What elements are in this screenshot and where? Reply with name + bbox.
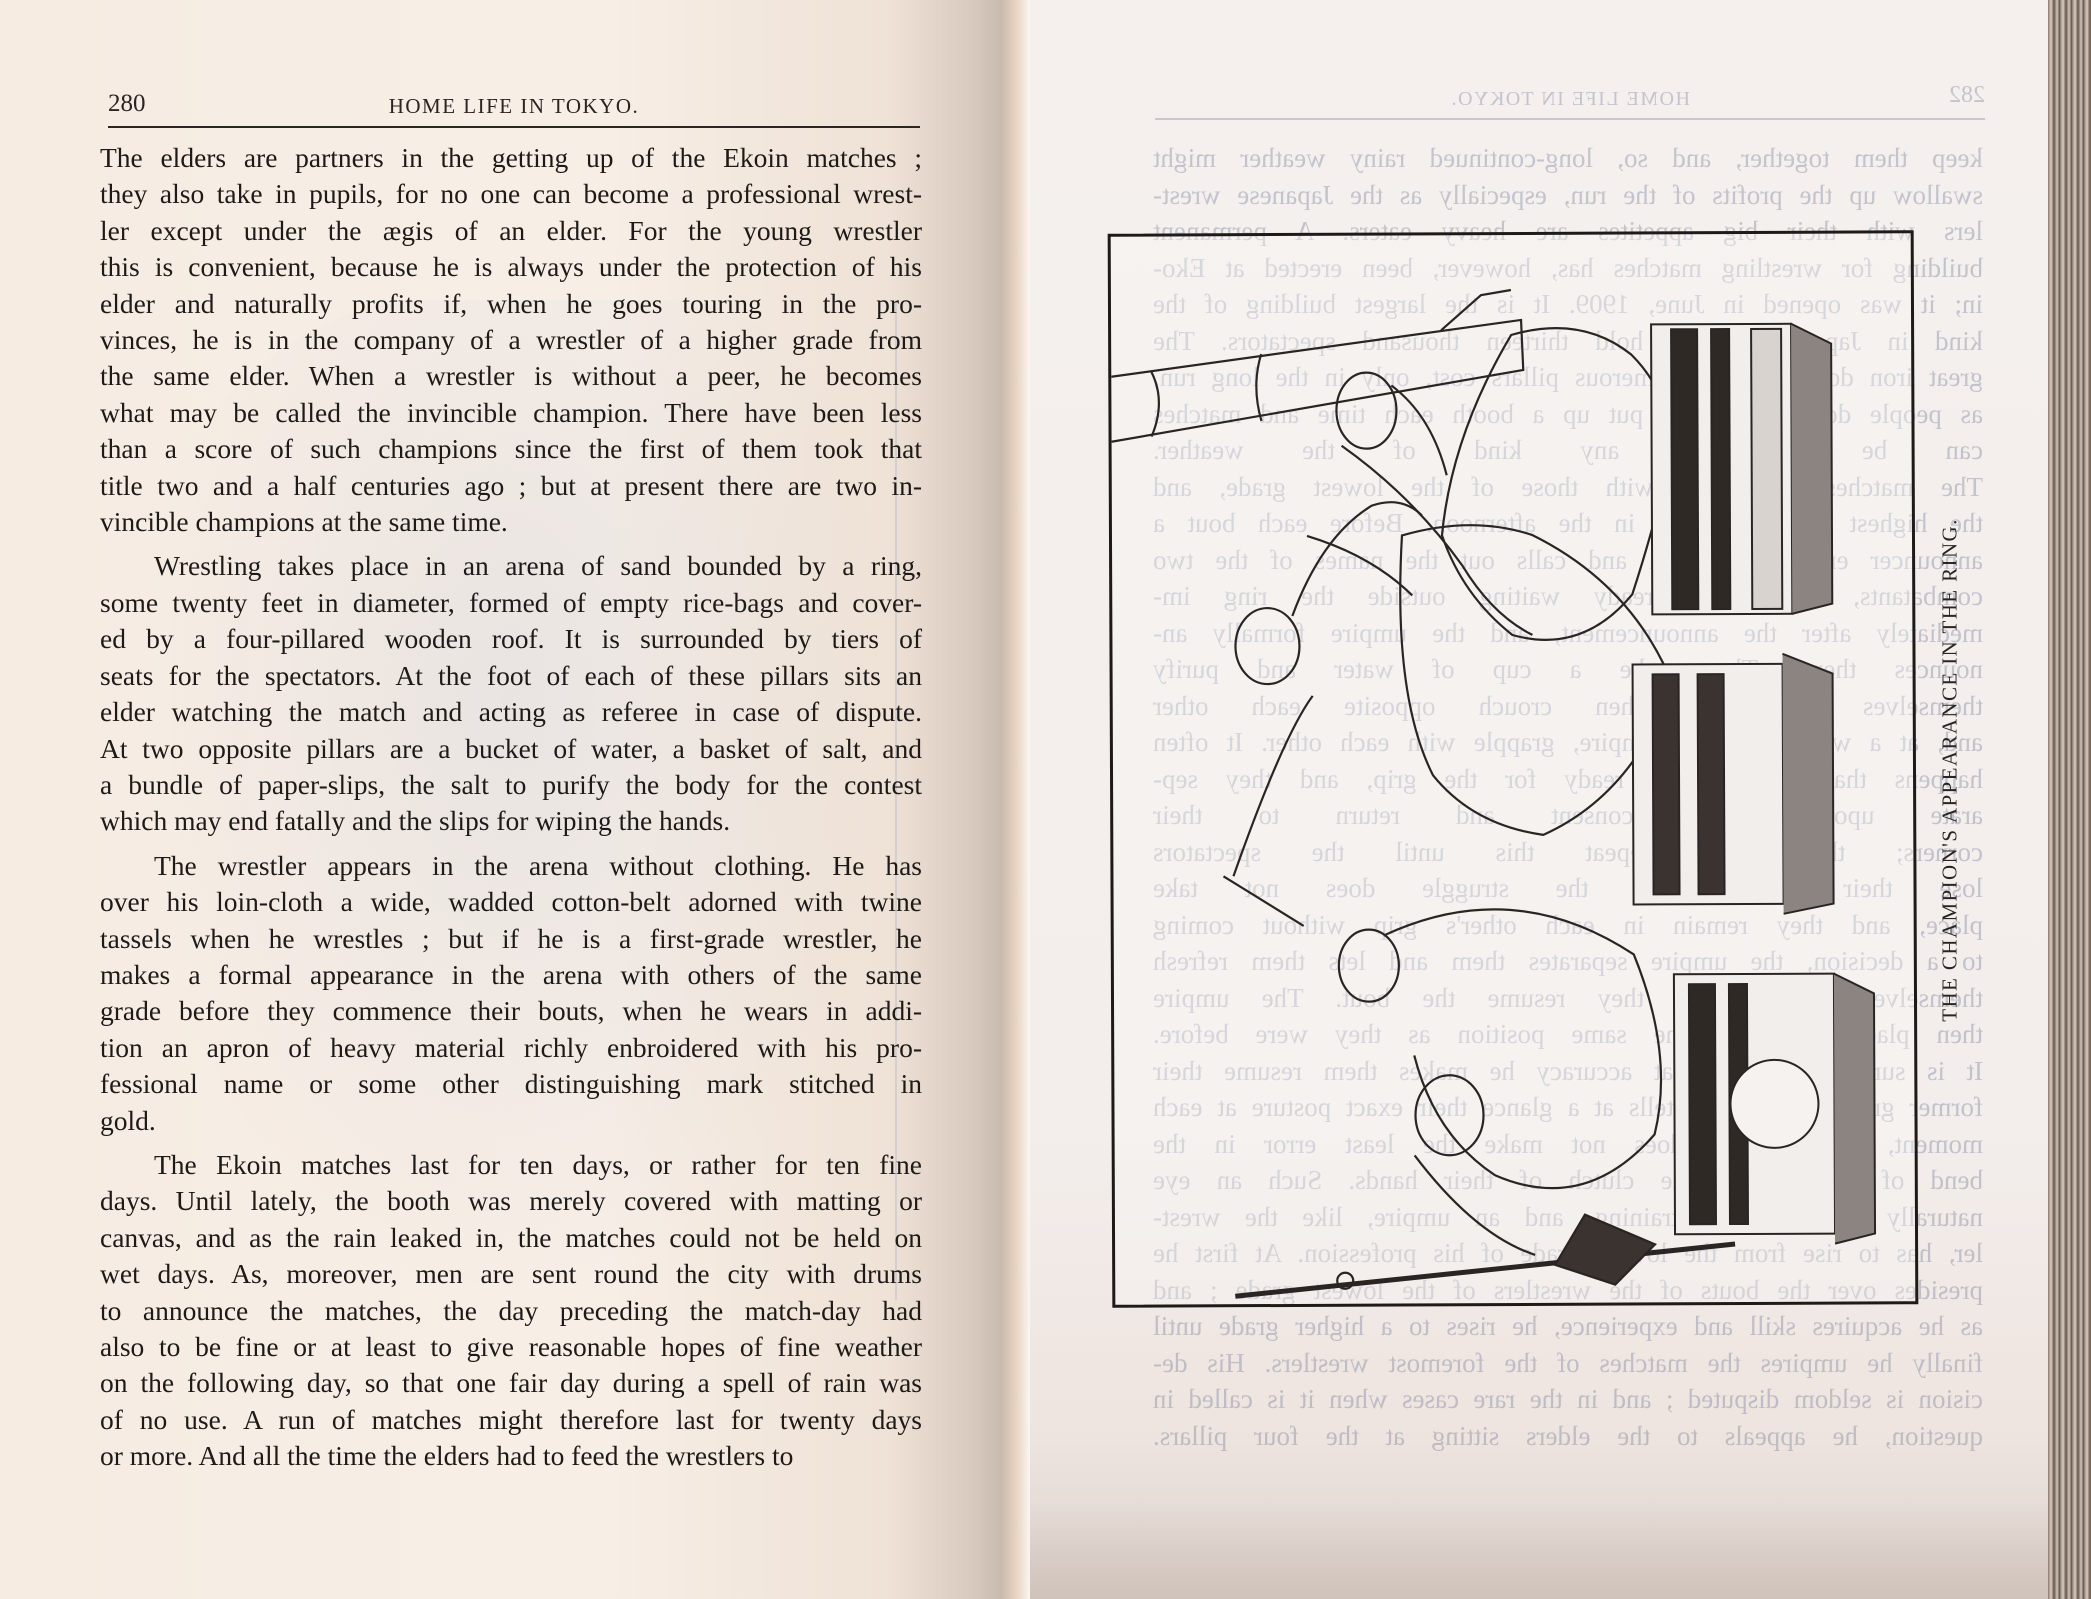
text-line: also to be fine or at least to give reas… <box>100 1329 922 1365</box>
text-line: ed by a four-pillared wooden roof. It is… <box>100 621 922 657</box>
bleed-through-line: keep them together, and so, long-continu… <box>1153 140 1983 177</box>
page-edges <box>2048 0 2091 1599</box>
right-page: 282 HOME LIFE IN TOKYO. keep them togeth… <box>1030 0 2065 1599</box>
paragraph: The Ekoin matches last for ten days, or … <box>100 1147 922 1475</box>
bleed-through-title: HOME LIFE IN TOKYO. <box>1155 88 1985 111</box>
figure-caption: THE CHAMPION'S APPEARANCE IN THE RING. <box>1930 500 1970 1040</box>
bleed-through-line: cision is seldom disputed ; and in the r… <box>1153 1381 1983 1418</box>
text-line: The elders are partners in the getting u… <box>100 140 922 176</box>
text-line: The wrestler appears in the arena withou… <box>100 848 922 884</box>
left-page: 280 HOME LIFE IN TOKYO. The elders are p… <box>0 0 1010 1599</box>
bleed-through-line: finally he umpires the matches of the fo… <box>1153 1345 1983 1382</box>
paragraph: The wrestler appears in the arena withou… <box>100 848 922 1139</box>
bleed-through-line: question, he appeals to the elders sitti… <box>1153 1418 1983 1455</box>
text-line: or more. And all the time the elders had… <box>100 1438 922 1474</box>
text-line: to announce the matches, the day precedi… <box>100 1293 922 1329</box>
paragraph: Wrestling takes place in an arena of san… <box>100 548 922 839</box>
text-line: At two opposite pillars are a bucket of … <box>100 731 922 767</box>
paragraph-gap <box>100 1139 922 1147</box>
body-text: The elders are partners in the getting u… <box>100 140 922 1475</box>
text-line: days. Until lately, the booth was merely… <box>100 1183 922 1219</box>
text-line: wet days. As, moreover, men are sent rou… <box>100 1256 922 1292</box>
text-line: of no use. A run of matches might theref… <box>100 1402 922 1438</box>
text-line: seats for the spectators. At the foot of… <box>100 658 922 694</box>
figure-caption-text: THE CHAMPION'S APPEARANCE IN THE RING. <box>1938 518 1963 1021</box>
text-line: canvas, and as the rain leaked in, the m… <box>100 1220 922 1256</box>
text-line: this is convenient, because he is always… <box>100 249 922 285</box>
bleed-through-line: swallow up the profits of the run, espec… <box>1153 177 1983 214</box>
text-line: what may be called the invincible champi… <box>100 395 922 431</box>
text-line: Wrestling takes place in an arena of san… <box>100 548 922 584</box>
text-line: a bundle of paper-slips, the salt to pur… <box>100 767 922 803</box>
page-bottom-shadow <box>1030 1500 2065 1599</box>
text-line: on the following day, so that one fair d… <box>100 1365 922 1401</box>
text-line: tion an apron of heavy material richly e… <box>100 1030 922 1066</box>
text-line: elder and naturally profits if, when he … <box>100 286 922 322</box>
text-line: some twenty feet in diameter, formed of … <box>100 585 922 621</box>
running-head: 280 HOME LIFE IN TOKYO. <box>108 86 920 128</box>
text-line: ler except under the ægis of an elder. F… <box>100 213 922 249</box>
text-line: they also take in pupils, for no one can… <box>100 176 922 212</box>
running-head-title: HOME LIFE IN TOKYO. <box>108 94 920 119</box>
text-line: title two and a half centuries ago ; but… <box>100 468 922 504</box>
bleed-through-line: as he acquires skill and experience, he … <box>1153 1308 1983 1345</box>
text-line: fessional name or some other distinguish… <box>100 1066 922 1102</box>
text-line: The Ekoin matches last for ten days, or … <box>100 1147 922 1183</box>
paragraph: The elders are partners in the getting u… <box>100 140 922 540</box>
sumo-wrestlers-illustration <box>1111 233 1916 1304</box>
text-line: gold. <box>100 1103 922 1139</box>
text-line: makes a formal appearance in the arena w… <box>100 957 922 993</box>
open-book: 280 HOME LIFE IN TOKYO. The elders are p… <box>0 0 2091 1599</box>
paragraph-gap <box>100 540 922 548</box>
illustration-frame <box>1108 230 1919 1308</box>
text-line: vincible champions at the same time. <box>100 504 922 540</box>
text-line: tassels when he wrestles ; but if he is … <box>100 921 922 957</box>
text-line: the same elder. When a wrestler is witho… <box>100 358 922 394</box>
text-line: grade before they commence their bouts, … <box>100 993 922 1029</box>
text-line: which may end fatally and the slips for … <box>100 803 922 839</box>
text-line: over his loin-cloth a wide, wadded cotto… <box>100 884 922 920</box>
paragraph-gap <box>100 840 922 848</box>
text-line: elder watching the match and acting as r… <box>100 694 922 730</box>
bleed-through-running-head: 282 HOME LIFE IN TOKYO. <box>1155 80 1985 120</box>
text-line: than a score of such champions since the… <box>100 431 922 467</box>
book-gutter <box>1000 0 1030 1599</box>
text-line: vinces, he is in the company of a wrestl… <box>100 322 922 358</box>
